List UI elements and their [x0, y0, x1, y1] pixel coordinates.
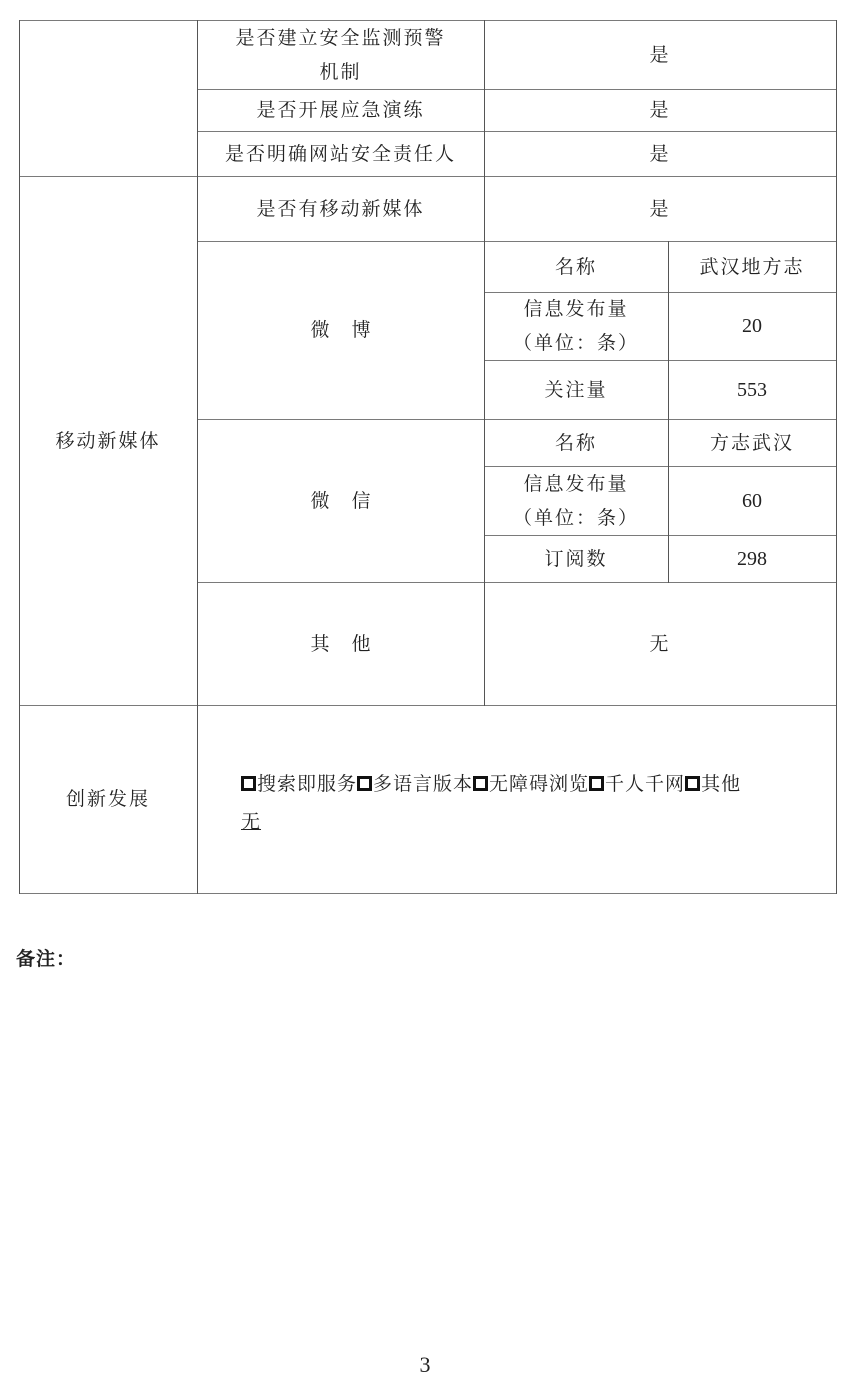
wechat-subscribers-label: 订阅数	[484, 535, 668, 582]
option-accessibility[interactable]: 无障碍浏览	[473, 773, 589, 795]
wechat-posts-label: 信息发布量 （单位：条）	[484, 466, 668, 535]
wechat-label: 微信	[197, 419, 484, 582]
weibo-posts-value: 20	[668, 292, 836, 360]
has-mobile-media-label: 是否有移动新媒体	[197, 176, 484, 241]
option-label: 搜索即服务	[257, 773, 357, 795]
checkbox-icon[interactable]	[685, 776, 700, 791]
innovation-options: 搜索即服务多语言版本无障碍浏览千人千网其他 无	[241, 765, 831, 841]
wechat-posts-value: 60	[668, 466, 836, 535]
label-line: 是否建立安全监测预警	[235, 21, 445, 55]
security-monitoring-label: 是否建立安全监测预警 机制	[197, 20, 484, 89]
option-label: 多语言版本	[373, 773, 473, 795]
other-media-label: 其他	[197, 582, 484, 705]
label-line: 机制	[319, 55, 361, 89]
remarks-label: 备注：	[16, 944, 76, 971]
weibo-label: 微博	[197, 241, 484, 419]
checkbox-icon[interactable]	[589, 776, 604, 791]
option-multilingual[interactable]: 多语言版本	[357, 773, 473, 795]
table-border-bottom	[19, 893, 837, 894]
emergency-drill-label: 是否开展应急演练	[197, 89, 484, 131]
option-label: 其他	[701, 773, 741, 795]
weibo-followers-value: 553	[668, 360, 836, 419]
option-personalized[interactable]: 千人千网	[589, 773, 685, 795]
innovation-section-label: 创新发展	[19, 705, 197, 893]
label-line: （单位：条）	[513, 501, 639, 535]
checkbox-icon[interactable]	[473, 776, 488, 791]
wechat-subscribers-value: 298	[668, 535, 836, 582]
wechat-name-value: 方志武汉	[668, 419, 836, 466]
wechat-name-label: 名称	[484, 419, 668, 466]
emergency-drill-value: 是	[484, 89, 836, 131]
mobile-media-section-label: 移动新媒体	[19, 176, 197, 705]
weibo-name-value: 武汉地方志	[668, 241, 836, 292]
label-line: （单位：条）	[513, 326, 639, 360]
label-line: 信息发布量	[523, 467, 628, 501]
innovation-other-value: 无	[241, 811, 261, 833]
table-border-right	[836, 20, 837, 894]
option-label: 无障碍浏览	[489, 773, 589, 795]
has-mobile-media-value: 是	[484, 176, 836, 241]
option-other[interactable]: 其他	[685, 773, 741, 795]
label-line: 信息发布量	[523, 292, 628, 326]
weibo-posts-label: 信息发布量 （单位：条）	[484, 292, 668, 360]
option-search-as-service[interactable]: 搜索即服务	[241, 773, 357, 795]
page-number: 3	[0, 1352, 850, 1378]
security-owner-label: 是否明确网站安全责任人	[197, 131, 484, 176]
weibo-name-label: 名称	[484, 241, 668, 292]
security-monitoring-value: 是	[484, 20, 836, 89]
other-media-value: 无	[484, 582, 836, 705]
option-label: 千人千网	[605, 773, 685, 795]
security-owner-value: 是	[484, 131, 836, 176]
checkbox-icon[interactable]	[241, 776, 256, 791]
checkbox-icon[interactable]	[357, 776, 372, 791]
weibo-followers-label: 关注量	[484, 360, 668, 419]
